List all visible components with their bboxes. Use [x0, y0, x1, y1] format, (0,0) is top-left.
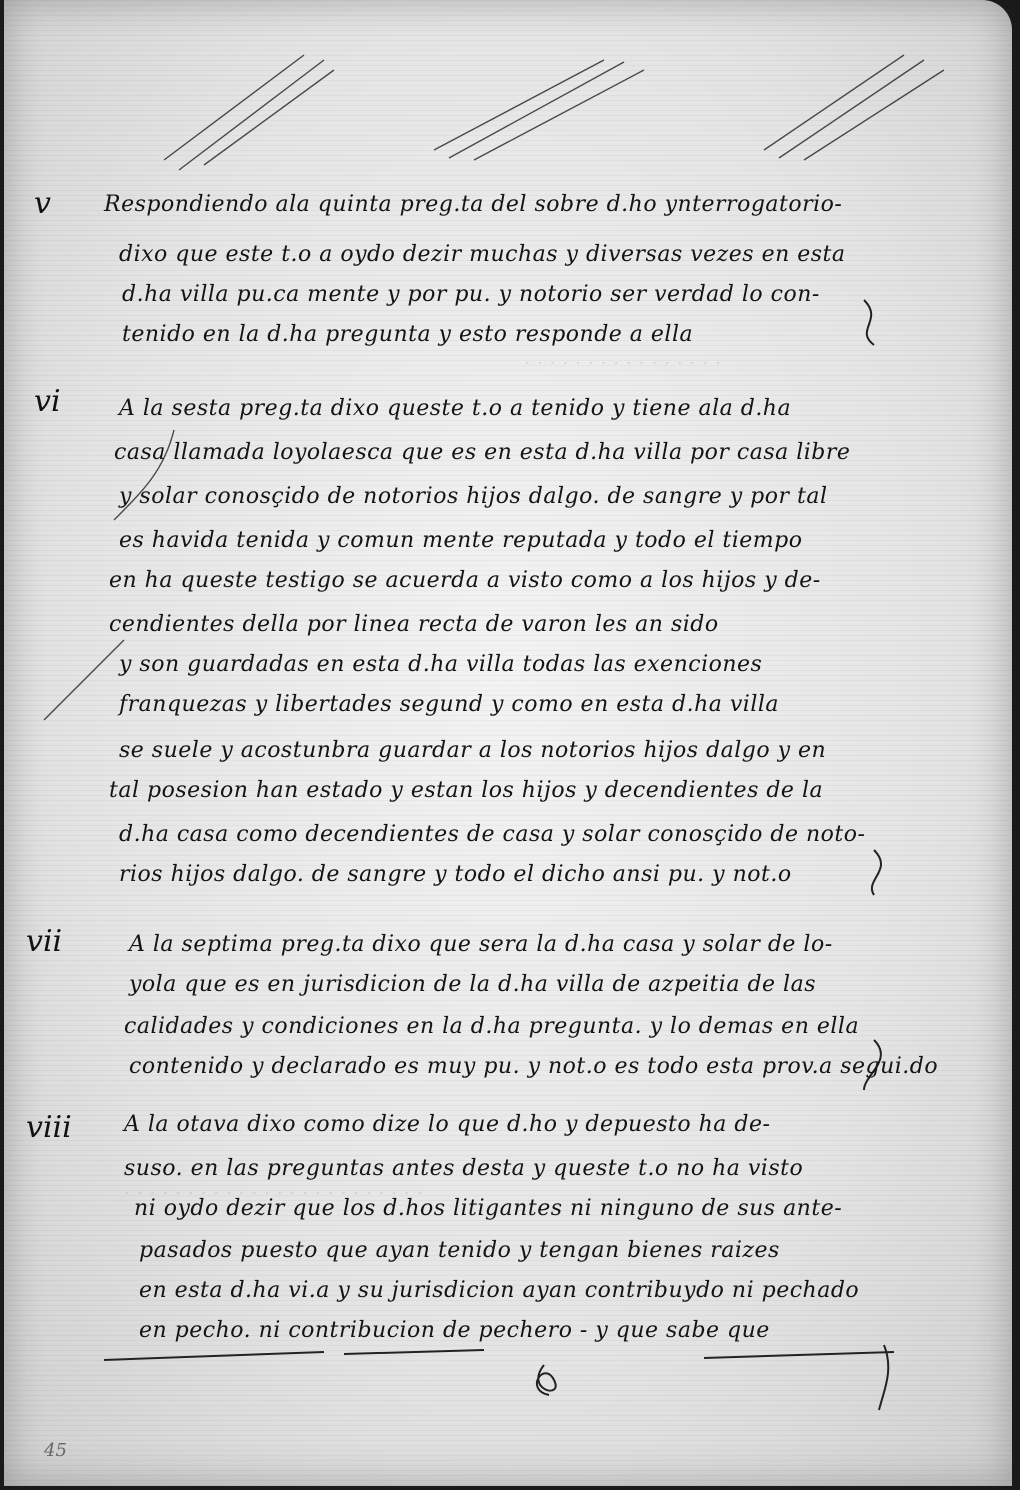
text-line: calidades y condiciones en la d.ha pregu… [124, 1014, 859, 1039]
text-line: casa llamada loyolaesca que es en esta d… [114, 440, 850, 465]
text-line: cendientes della por linea recta de varo… [109, 612, 719, 637]
text-line: suso. en las preguntas antes desta y que… [124, 1156, 803, 1181]
text-line: A la sesta preg.ta dixo queste t.o a ten… [119, 396, 791, 421]
text-line: y son guardadas en esta d.ha villa todas… [119, 652, 762, 677]
manuscript-page: . . . . . . . . . . . . . . . . . . . . … [4, 0, 1012, 1486]
text-line: se suele y acostunbra guardar a los noto… [119, 738, 826, 763]
text-line: Respondiendo ala quinta preg.ta del sobr… [104, 192, 842, 217]
text-line: rios hijos dalgo. de sangre y todo el di… [119, 862, 792, 887]
text-line: es havida tenida y comun mente reputada … [119, 528, 803, 553]
text-line: d.ha villa pu.ca mente y por pu. y notor… [122, 282, 820, 307]
text-line: A la otava dixo como dize lo que d.ho y … [124, 1112, 770, 1137]
text-line: en ha queste testigo se acuerda a visto … [109, 568, 821, 593]
folio-number: 45 [44, 1440, 67, 1461]
article-numeral: vi [34, 384, 61, 419]
text-line: d.ha casa como decendientes de casa y so… [119, 822, 865, 847]
text-line: en pecho. ni contribucion de pechero - y… [139, 1318, 770, 1343]
text-line: yola que es en jurisdicion de la d.ha vi… [129, 972, 816, 997]
text-line: franquezas y libertades segund y como en… [119, 692, 779, 717]
text-line: contenido y declarado es muy pu. y not.o… [129, 1054, 938, 1079]
article-numeral: viii [26, 1110, 72, 1145]
text-line: y solar conosçido de notorios hijos dalg… [119, 484, 828, 509]
text-line: en esta d.ha vi.a y su jurisdicion ayan … [139, 1278, 859, 1303]
text-line: tal posesion han estado y estan los hijo… [109, 778, 823, 803]
text-line: ni oydo dezir que los d.hos litigantes n… [134, 1196, 842, 1221]
article-numeral: vii [26, 924, 62, 959]
text-line: dixo que este t.o a oydo dezir muchas y … [119, 242, 846, 267]
text-line: tenido en la d.ha pregunta y esto respon… [122, 322, 693, 347]
text-line: pasados puesto que ayan tenido y tengan … [139, 1238, 780, 1263]
article-numeral: v [34, 186, 51, 221]
text-line: A la septima preg.ta dixo que sera la d.… [129, 932, 833, 957]
bleed-through-text: . . . . . . . . . . . . . . . . [524, 345, 721, 369]
